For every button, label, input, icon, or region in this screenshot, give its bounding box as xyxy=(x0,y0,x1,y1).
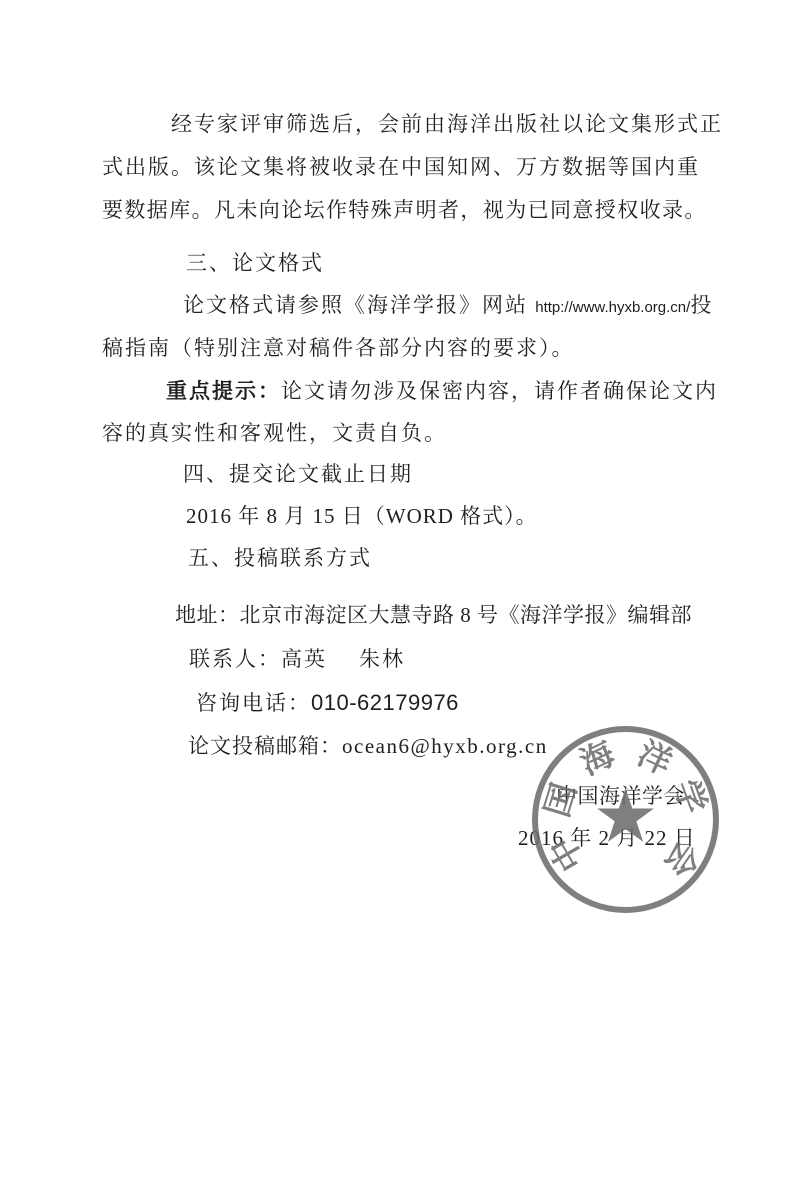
section3-body-pre: 论文格式请参照《海洋学报》网站 xyxy=(183,293,535,317)
contact-email-address: ocean6@hyxb.org.cn xyxy=(342,734,548,758)
submission-deadline: 2016 年 8 月 15 日（WORD 格式）。 xyxy=(186,504,538,529)
section4-heading: 四、提交论文截止日期 xyxy=(183,462,413,487)
stamp-char-3: 海 xyxy=(573,735,621,783)
contact-phone: 咨询电话：010-62179976 xyxy=(196,690,459,716)
notice-line1: 重点提示：论文请勿涉及保密内容，请作者确保论文内 xyxy=(166,379,718,404)
contact-phone-label: 咨询电话： xyxy=(196,691,311,715)
paragraph-publish-line3: 要数据库。凡未向论坛作特殊声明者，视为已同意授权收录。 xyxy=(102,198,707,223)
notice-text1: 论文请勿涉及保密内容，请作者确保论文内 xyxy=(281,379,718,403)
notice-line2: 容的真实性和客观性，文责自负。 xyxy=(102,421,447,446)
section3-body-post: 投 xyxy=(690,293,713,317)
official-seal-stamp: ★ 中 国 海 洋 学 会 xyxy=(532,726,719,913)
section5-heading: 五、投稿联系方式 xyxy=(188,546,372,571)
contact-person-1: 高英 xyxy=(281,647,327,671)
paragraph-publish-line2: 式出版。该论文集将被收录在中国知网、万方数据等国内重 xyxy=(102,155,700,180)
contact-email: 论文投稿邮箱：ocean6@hyxb.org.cn xyxy=(188,734,548,759)
contact-person-2: 朱林 xyxy=(359,647,405,671)
contact-email-label: 论文投稿邮箱： xyxy=(188,734,342,758)
contact-persons: 联系人：高英朱林 xyxy=(189,647,405,672)
contact-address: 地址：北京市海淀区大慧寺路 8 号《海洋学报》编辑部 xyxy=(175,603,692,628)
signature-date: 2016 年 2 月 22 日 xyxy=(518,826,696,851)
section3-body-line2: 稿指南（特别注意对稿件各部分内容的要求）。 xyxy=(102,336,575,361)
signature-organization: 中国海洋学会 xyxy=(556,784,685,809)
stamp-ring xyxy=(532,726,719,913)
section3-body-line1: 论文格式请参照《海洋学报》网站 http://www.hyxb.org.cn/投 xyxy=(183,293,713,318)
contact-persons-label: 联系人： xyxy=(189,647,281,671)
section3-heading: 三、论文格式 xyxy=(186,251,324,276)
paragraph-publish-line1: 经专家评审筛选后，会前由海洋出版社以论文集形式正 xyxy=(171,112,723,137)
document-page: 经专家评审筛选后，会前由海洋出版社以论文集形式正 式出版。该论文集将被收录在中国… xyxy=(0,0,811,1200)
stamp-char-4: 洋 xyxy=(630,735,678,783)
contact-phone-number: 010-62179976 xyxy=(311,690,459,715)
journal-website-url: http://www.hyxb.org.cn/ xyxy=(535,299,690,316)
notice-label: 重点提示： xyxy=(166,379,281,403)
